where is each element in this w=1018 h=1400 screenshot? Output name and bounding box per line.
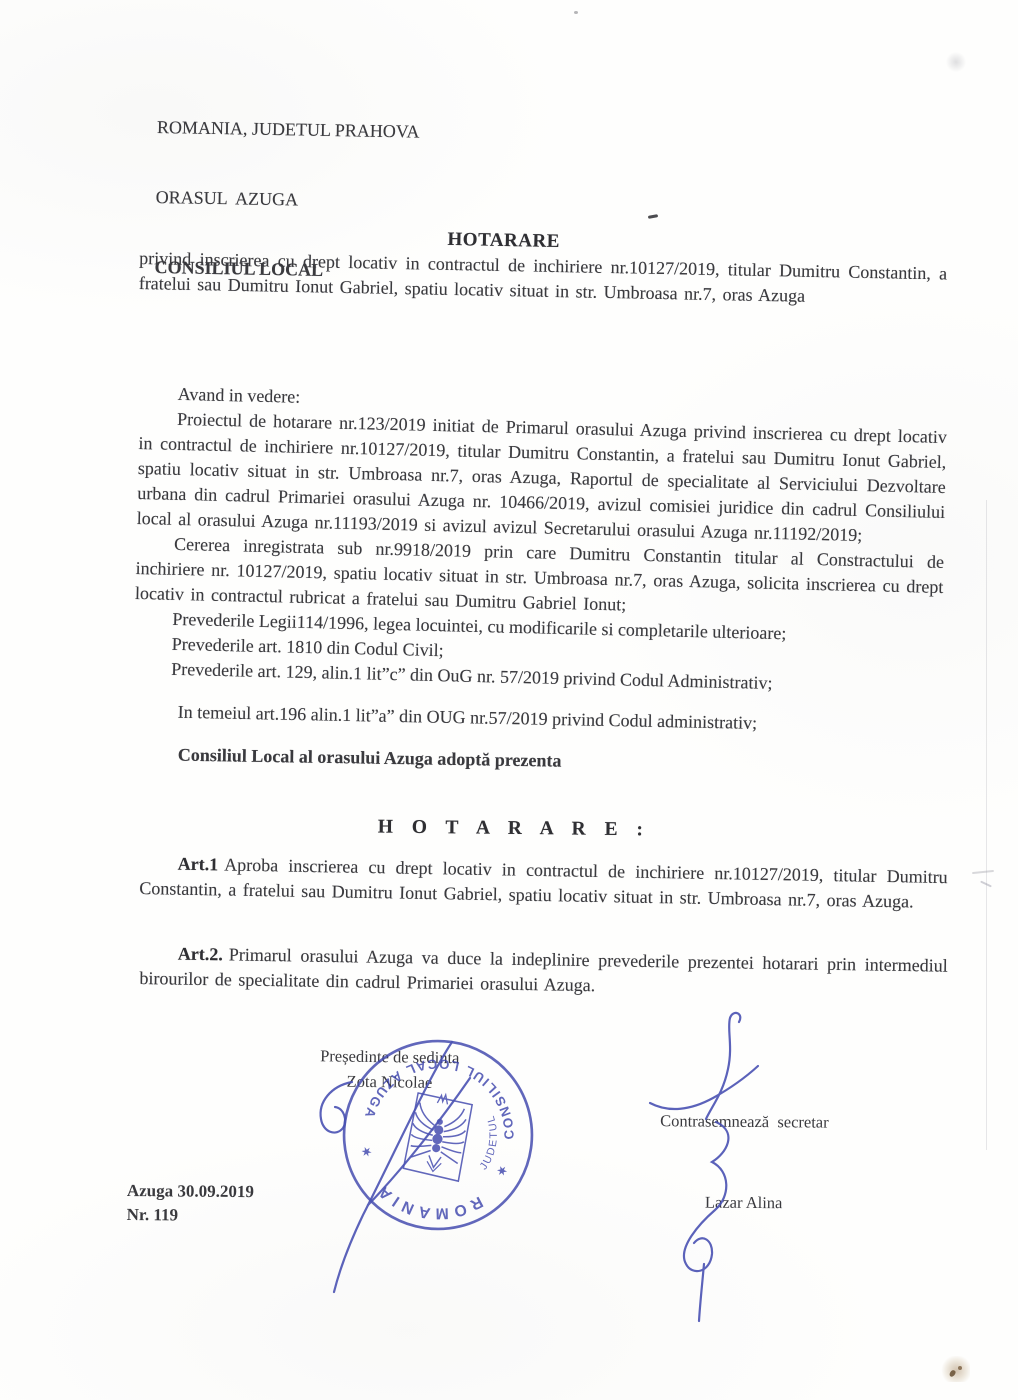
decision-heading-text: H O T A R A R E :	[378, 814, 650, 842]
letterhead-country-line: ROMANIA, JUDETUL PRAHOVA	[157, 115, 420, 145]
president-pen-stroke-long	[334, 1042, 452, 1292]
letterhead-city-line: ORASUL AZUGA	[156, 185, 419, 215]
article-2: Art.2.Primarul orasului Azuga va duce la…	[139, 941, 948, 1004]
scan-artifact-top-right-smudge	[946, 50, 966, 74]
secretary-pen-stroke-flourish	[684, 1122, 728, 1271]
article-1-label: Art.1	[178, 854, 219, 875]
preamble: Avand in vedere: Proiectul de hotarare n…	[133, 381, 948, 700]
recital-project: Proiectul de hotarare nr.123/2019 initia…	[136, 406, 947, 550]
title-block: HOTARARE privind inscrierea cu drept loc…	[139, 221, 948, 311]
scan-artifact-bottom-right-stain	[940, 1356, 970, 1382]
article-1-text: Aproba inscrierea cu drept locativ in co…	[139, 854, 948, 911]
article-2-label: Art.2.	[178, 944, 223, 965]
secretary-pen-stroke-swoosh	[650, 1066, 758, 1109]
legal-basis: In temeiul art.196 alin.1 lit”a” din OUG…	[140, 699, 948, 740]
issuance-block: Azuga 30.09.2019 Nr. 119	[127, 1179, 254, 1228]
scan-artifact-stain-speck-a	[949, 1369, 957, 1378]
scan-artifact-dash	[648, 214, 658, 219]
president-pen-stroke-loop	[321, 1082, 352, 1133]
scan-artifact-squiggle	[972, 870, 994, 874]
legal-basis-text: In temeiul art.196 alin.1 lit”a” din OUG…	[140, 699, 948, 740]
decision-heading: H O T A R A R E :	[140, 812, 948, 845]
enacting-formula: Consiliul Local al orasului Azuga adoptă…	[140, 742, 948, 780]
president-pen-stroke-cross	[368, 1078, 470, 1205]
scan-artifact-speck	[574, 11, 578, 14]
scan-artifact-stain-speck-b	[958, 1366, 962, 1370]
enacting-formula-text: Consiliul Local al orasului Azuga adoptă…	[140, 742, 948, 780]
secretary-pen-stroke-tail	[699, 1264, 704, 1321]
article-1: Art.1Aproba inscrierea cu drept locativ …	[139, 851, 948, 915]
scanned-document: { "document": { "letterhead": [ "ROMANIA…	[0, 0, 1018, 1400]
pen-strokes-icon	[280, 1000, 860, 1340]
issuance-number: Nr. 119	[127, 1203, 254, 1228]
secretary-pen-stroke-top	[706, 1013, 740, 1119]
scan-artifact-fold-line	[986, 500, 987, 1150]
handwritten-signatures	[280, 1000, 860, 1340]
scan-artifact-squiggle-2	[980, 881, 992, 888]
issuance-place-date: Azuga 30.09.2019	[127, 1179, 254, 1204]
article-2-text: Primarul orasului Azuga va duce la indep…	[139, 944, 948, 995]
